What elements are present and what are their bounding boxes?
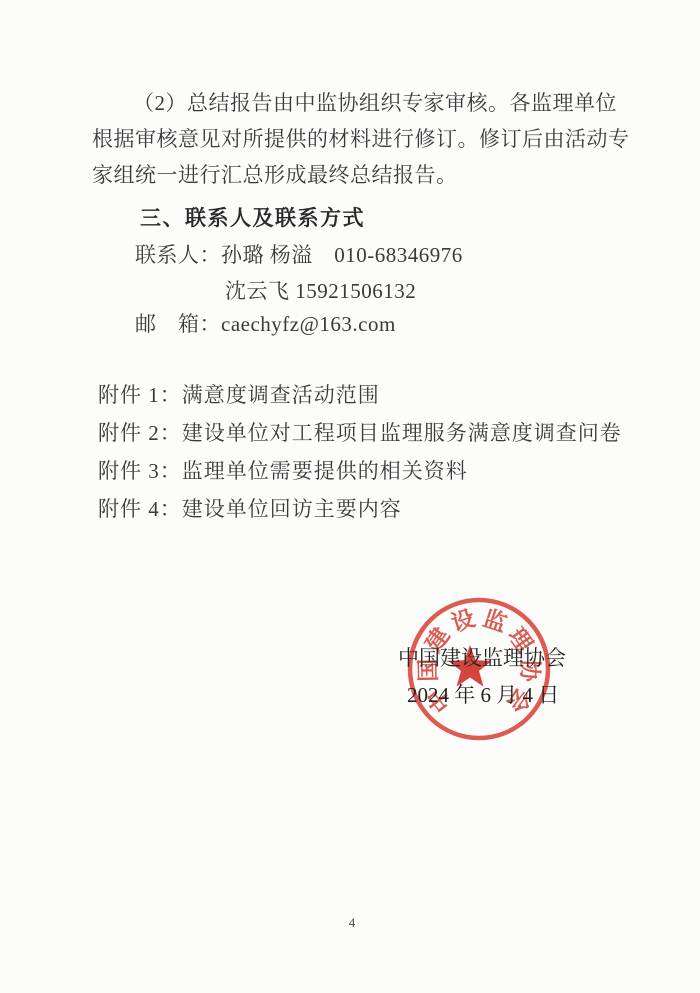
section-heading: 三、联系人及联系方式 <box>140 206 365 230</box>
contact-line-3: 邮 箱：caechyfz@163.com <box>135 312 396 336</box>
document-page: （2）总结报告由中监协组织专家审核。各监理单位 根据审核意见对所提供的材料进行修… <box>0 0 700 993</box>
seal-arc-char: 设 <box>448 606 478 637</box>
paragraph-line-3: 家组统一进行汇总形成最终总结报告。 <box>92 163 458 187</box>
signature-organization: 中国建设监理协会 <box>398 642 566 672</box>
attachment-item-4: 附件 4：建设单位回访主要内容 <box>98 497 402 521</box>
attachment-item-3: 附件 3：监理单位需要提供的相关资料 <box>98 459 468 483</box>
contact-line-1: 联系人：孙璐 杨溢 010-68346976 <box>135 243 463 267</box>
attachment-item-1: 附件 1：满意度调查活动范围 <box>98 383 380 407</box>
seal-arc-char: 监 <box>480 605 510 637</box>
paragraph-line-1: （2）总结报告由中监协组织专家审核。各监理单位 <box>133 91 617 115</box>
paragraph-line-2: 根据审核意见对所提供的材料进行修订。修订后由活动专 <box>92 127 630 151</box>
signature-date: 2024 年 6 月 4 日 <box>407 679 559 709</box>
contact-line-2: 沈云飞 15921506132 <box>225 279 416 303</box>
page-number: 4 <box>340 915 364 931</box>
attachment-item-2: 附件 2：建设单位对工程项目监理服务满意度调查问卷 <box>98 421 622 445</box>
